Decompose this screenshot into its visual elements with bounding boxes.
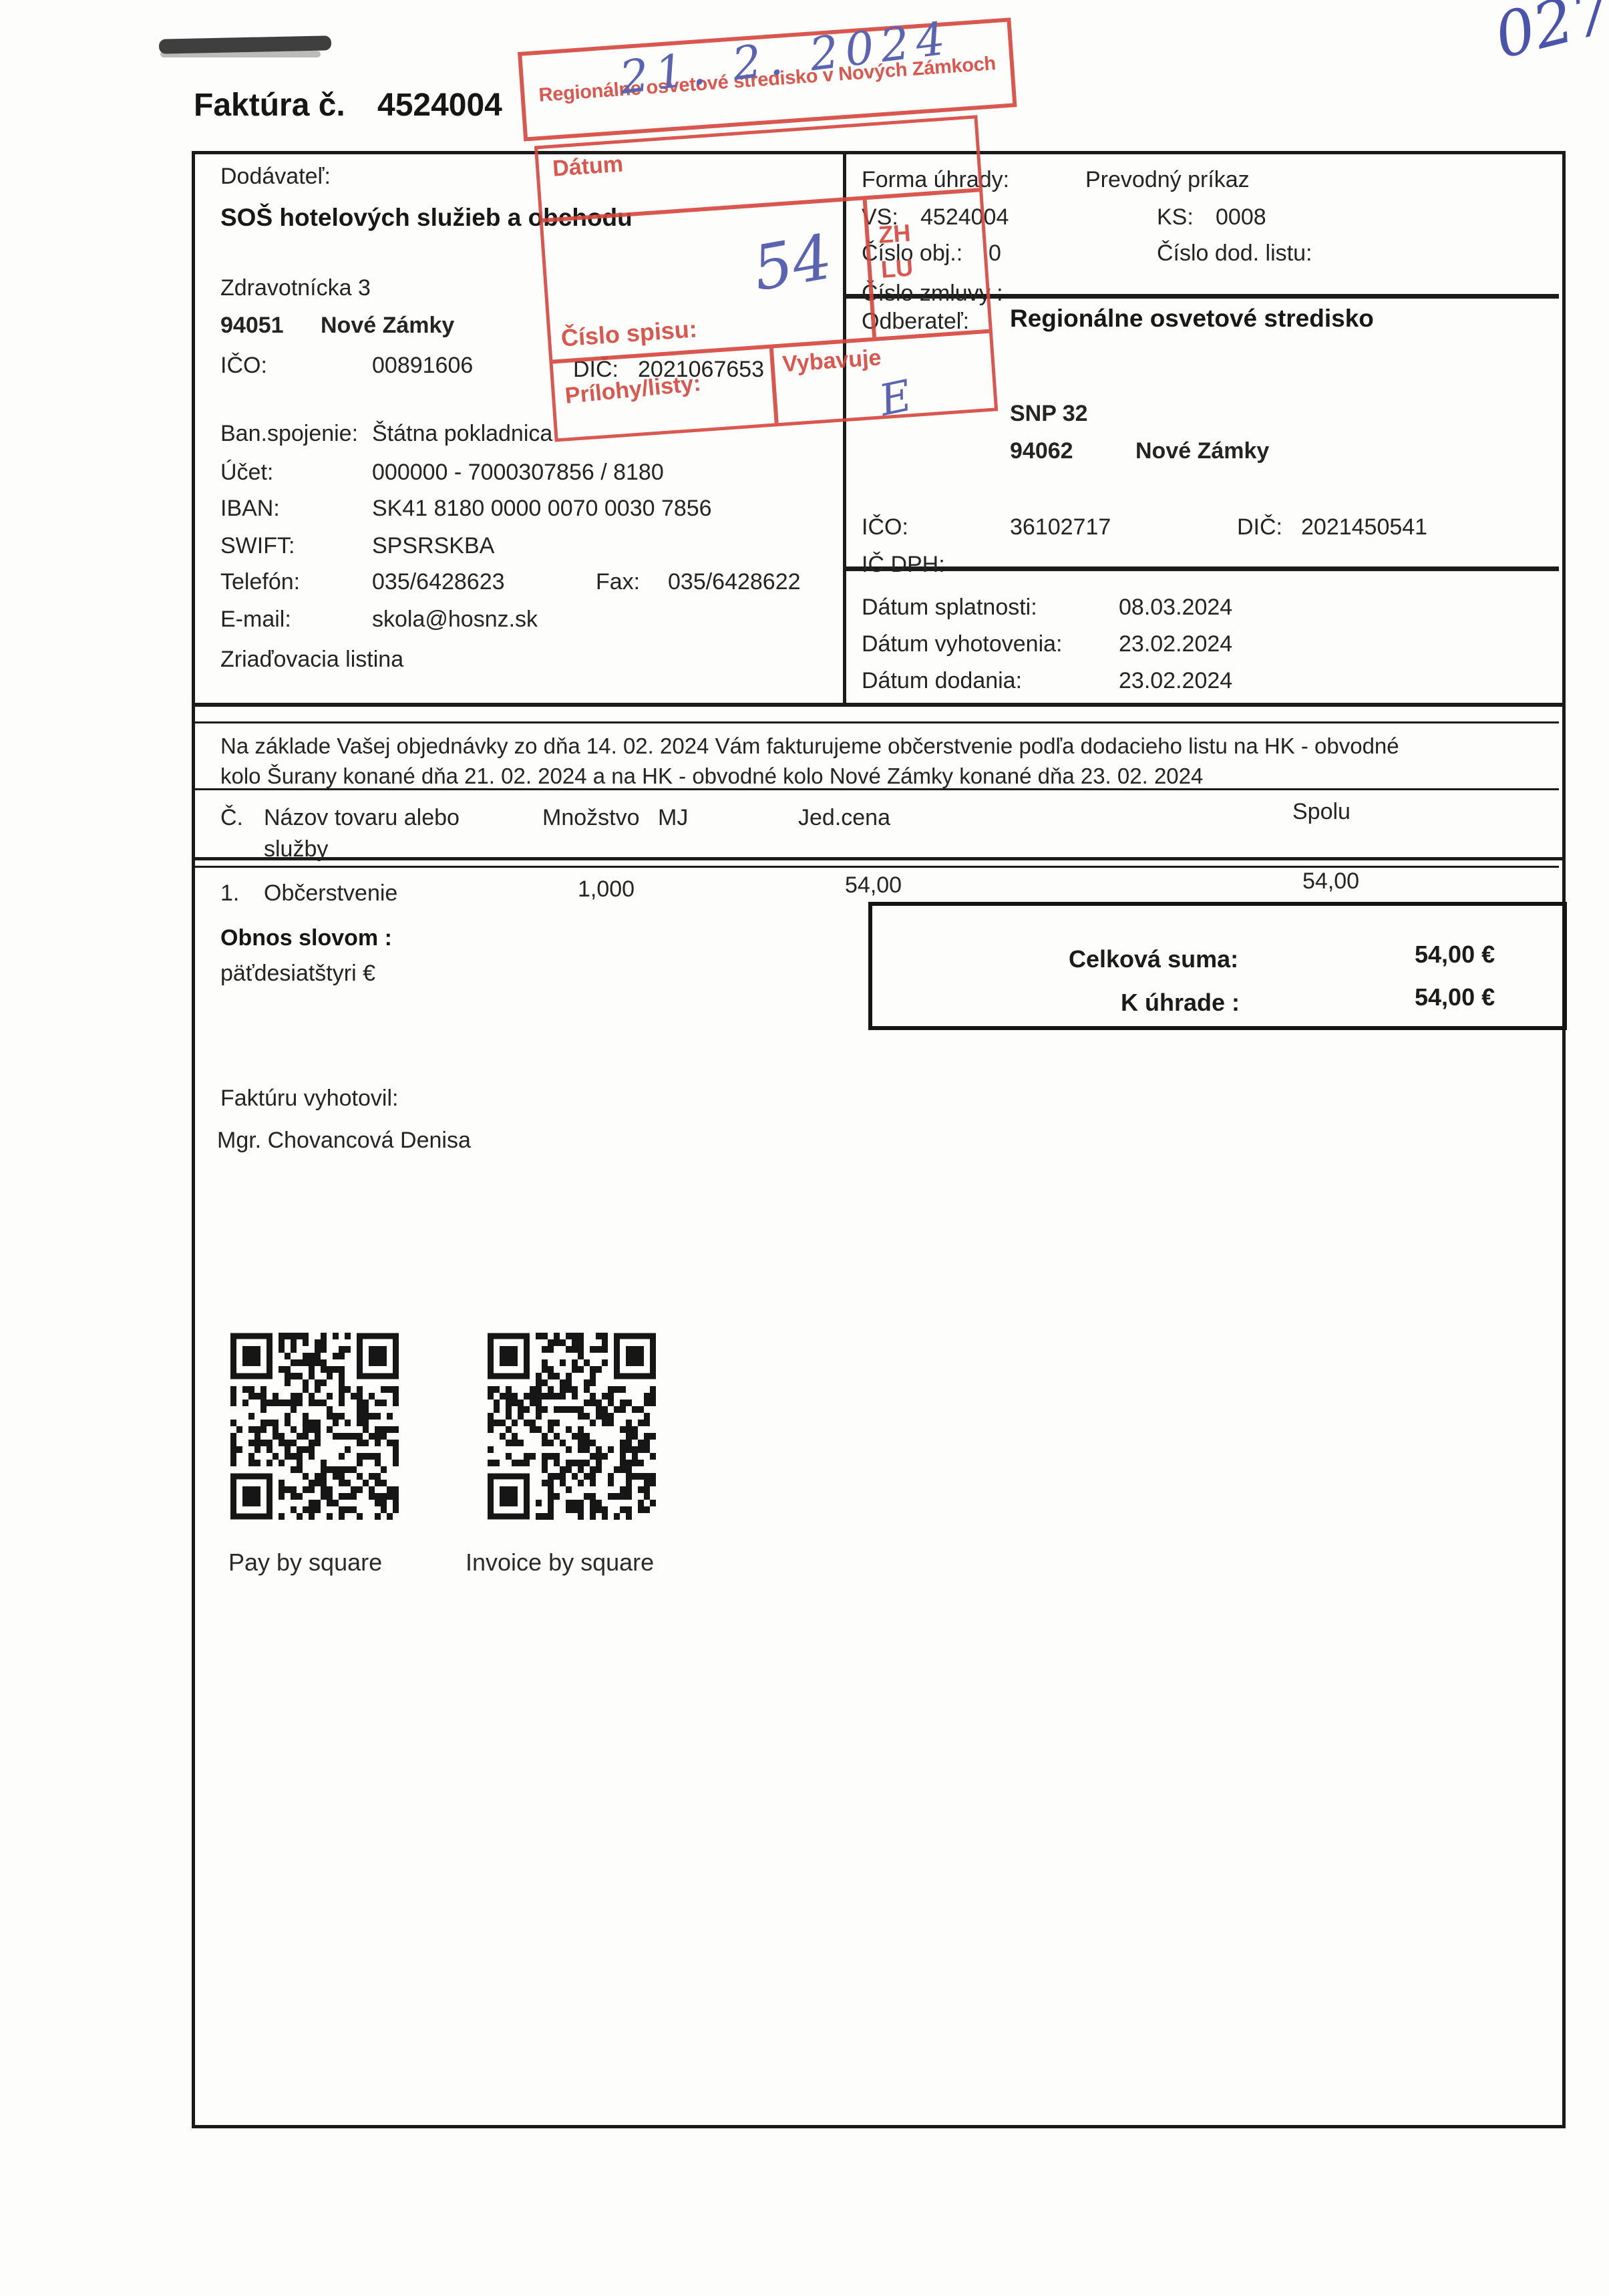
- customer-dic: 2021450541: [1301, 514, 1427, 540]
- stamp-attachments-label: Prílohy/listy:: [564, 370, 702, 409]
- supplier-founding-doc: Zriaďovacia listina: [220, 647, 403, 673]
- qr-invoice-label: Invoice by square: [466, 1548, 654, 1577]
- supplier-email: skola@hosnz.sk: [372, 607, 538, 633]
- payment-order: 0: [989, 240, 1001, 267]
- customer-city: Nové Zámky: [1135, 438, 1269, 464]
- paragraph-top-rule: [195, 721, 1559, 723]
- customer-zip: 94062: [1010, 438, 1073, 464]
- stamp-file-number-label: Číslo spisu:: [560, 315, 698, 352]
- total-sum-label: Celková suma:: [1069, 945, 1238, 973]
- date-due: 08.03.2024: [1119, 595, 1232, 621]
- invoice-title-label: Faktúra č.: [194, 87, 345, 124]
- supplier-fax-label: Fax:: [596, 569, 640, 595]
- supplier-email-label: E-mail:: [220, 607, 291, 633]
- customer-ico-label: IČO:: [862, 514, 908, 540]
- amount-in-words-label: Obnos slovom :: [220, 925, 392, 951]
- supplier-street: Zdravotnícka 3: [220, 275, 371, 301]
- payment-delivery-note-label: Číslo dod. listu:: [1157, 240, 1312, 267]
- item-name: Občerstvenie: [264, 880, 397, 907]
- supplier-city: Nové Zámky: [321, 313, 454, 339]
- customer-icdph-label: IČ DPH:: [862, 552, 945, 578]
- supplier-bank: Štátna pokladnica: [372, 421, 552, 447]
- customer-street: SNP 32: [1010, 401, 1088, 427]
- customer-dic-label: DIČ:: [1237, 514, 1282, 540]
- stamp-attachments-cell: Prílohy/listy:: [553, 349, 775, 438]
- date-delivered: 23.02.2024: [1119, 668, 1232, 694]
- date-issued-label: Dátum vyhotovenia:: [862, 631, 1063, 657]
- supplier-account-label: Účet:: [220, 460, 273, 486]
- col-header-unit-price: Jed.cena: [798, 805, 890, 831]
- col-header-unit: MJ: [658, 805, 688, 831]
- payment-ks: 0008: [1216, 204, 1266, 230]
- qr-pay-label: Pay by square: [228, 1548, 382, 1577]
- tableheader-bottom-rule-thin: [195, 866, 1559, 868]
- supplier-iban: SK41 8180 0000 0070 0030 7856: [372, 496, 712, 522]
- supplier-section-label: Dodávateľ:: [220, 164, 331, 190]
- item-unit-price: 54,00: [845, 872, 902, 898]
- amount-in-words: päťdesiatštyri €: [220, 961, 375, 987]
- payment-form: Prevodný príkaz: [1085, 167, 1250, 193]
- col-header-no: Č.: [220, 805, 243, 831]
- amount-due-value: 54,00 €: [1415, 983, 1495, 1011]
- body-text-line2: kolo Šurany konané dňa 21. 02. 2024 a na…: [220, 764, 1203, 789]
- item-total: 54,00: [1302, 868, 1359, 894]
- invoice-number: 4524004: [377, 87, 502, 124]
- customer-ico: 36102717: [1010, 514, 1111, 540]
- supplier-zip: 94051: [220, 313, 284, 339]
- col-header-name-line1: Názov tovaru alebo: [264, 805, 460, 831]
- amount-due-label: K úhrade :: [1121, 989, 1240, 1017]
- supplier-swift-label: SWIFT:: [220, 533, 295, 559]
- supplier-phone: 035/6428623: [372, 569, 505, 595]
- supplier-fax: 035/6428622: [668, 569, 801, 595]
- supplier-ico: 00891606: [372, 353, 473, 379]
- customer-name: Regionálne osvetové stredisko: [1010, 305, 1374, 333]
- date-delivered-label: Dátum dodania:: [862, 668, 1022, 694]
- body-text-line1: Na základe Vašej objednávky zo dňa 14. 0…: [220, 733, 1399, 759]
- supplier-ico-label: IČO:: [220, 353, 267, 379]
- customer-box-bottom-border: [843, 566, 1559, 571]
- payment-ks-label: KS:: [1157, 204, 1194, 230]
- issued-by-name: Mgr. Chovancová Denisa: [217, 1128, 471, 1154]
- handwritten-corner-number: 027: [1488, 0, 1609, 73]
- col-header-qty: Množstvo: [542, 805, 640, 831]
- date-due-label: Dátum splatnosti:: [862, 595, 1037, 621]
- stamp-date-label: Dátum: [552, 151, 624, 182]
- stamp-dept-line2: LU: [880, 245, 985, 287]
- header-section-bottom-border: [192, 703, 1562, 707]
- item-no: 1.: [220, 880, 239, 907]
- stamp-handler-label: Vybavuje: [781, 345, 882, 377]
- total-sum-value: 54,00 €: [1415, 941, 1495, 969]
- invoice-scan-page: 027 Faktúra č. 4524004 Dodávateľ: SOŠ ho…: [0, 0, 1609, 2296]
- registry-stamp: Regionálne osvetové stredisko v Nových Z…: [518, 17, 1017, 141]
- stamp-dept-cell: ZH LU: [863, 192, 989, 337]
- handwritten-file-number: 54: [748, 221, 838, 305]
- supplier-account: 000000 - 7000307856 / 8180: [372, 460, 664, 486]
- issued-by-label: Faktúru vyhotovil:: [220, 1086, 398, 1112]
- qr-invoice-by-square: [488, 1333, 656, 1523]
- col-header-name-line2: služby: [264, 836, 328, 862]
- tableheader-bottom-rule-thick: [192, 857, 1562, 860]
- staple-shadow: [160, 51, 321, 57]
- supplier-swift: SPSRSKBA: [372, 533, 494, 559]
- qr-pay-by-square: [230, 1333, 399, 1523]
- col-header-total: Spolu: [1292, 799, 1351, 825]
- supplier-phone-label: Telefón:: [220, 569, 300, 595]
- supplier-iban-label: IBAN:: [220, 496, 280, 522]
- date-issued: 23.02.2024: [1119, 631, 1232, 657]
- item-qty: 1,000: [578, 876, 635, 903]
- supplier-bank-label: Ban.spojenie:: [220, 421, 358, 447]
